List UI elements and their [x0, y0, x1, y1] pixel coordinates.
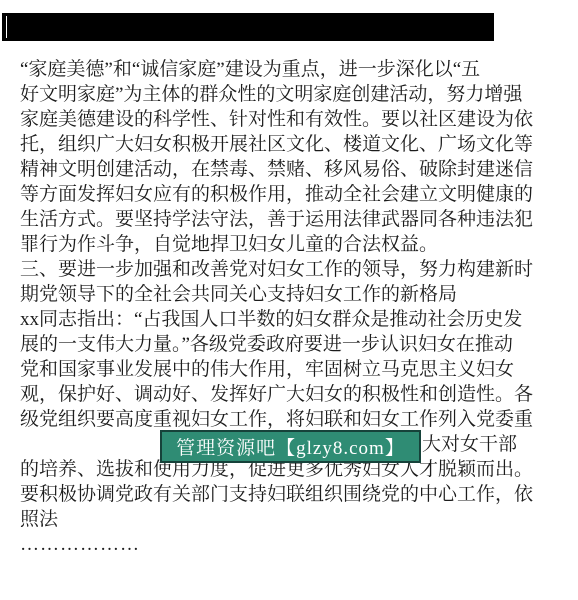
text-segment-right: 大对女干部 [422, 432, 517, 457]
text-line: 要积极协调党政有关部门支持妇联组织围绕党的中心工作，依 [20, 482, 560, 507]
watermark-badge: 管理资源吧【glzy8.com】 [160, 430, 421, 463]
text-cursor [6, 16, 7, 38]
text-line: 观，保护好、调动好、发挥好广大妇女的积极性和创造性。各 [20, 382, 560, 407]
text-line: 精神文明创建活动，在禁毒、禁赌、移风易俗、破除封建迷信 [20, 157, 560, 182]
text-line: “家庭美德”和“诚信家庭”建设为重点，进一步深化以“五 [20, 57, 560, 82]
text-line: xx同志指出：“占我国人口半数的妇女群众是推动社会历史发 [20, 307, 560, 332]
text-line: 三、要进一步加强和改善党对妇女工作的领导，努力构建新时 [20, 257, 560, 282]
text-line: 等方面发挥妇女应有的积极作用，推动全社会建立文明健康的 [20, 182, 560, 207]
text-line: 家庭美德建设的科学性、针对性和有效性。要以社区建设为依 [20, 107, 560, 132]
text-line: 党和国家事业发展中的伟大作用，牢固树立马克思主义妇女 [20, 357, 560, 382]
text-line: 展的一支伟大力量。”各级党委政府要进一步认识妇女在推动 [20, 332, 560, 357]
truncation-ellipsis: ……………… [20, 532, 560, 557]
text-line: 照法 [20, 507, 560, 532]
text-line: 好文明家庭”为主体的群众性的文明家庭创建活动，努力增强 [20, 82, 560, 107]
preview-notice-bar: 说明：以下内容仅为文字预览，详细内容请下载查看。 [2, 13, 494, 41]
document-preview-page: 说明：以下内容仅为文字预览，详细内容请下载查看。 “家庭美德”和“诚信家庭”建设… [0, 0, 578, 600]
text-line: 期党领导下的全社会共同关心支持妇女工作的新格局 [20, 282, 560, 307]
text-line: 生活方式。要坚持学法守法，善于运用法律武器同各种违法犯 [20, 207, 560, 232]
document-body: “家庭美德”和“诚信家庭”建设为重点，进一步深化以“五 好文明家庭”为主体的群众… [20, 57, 560, 557]
text-line: 托，组织广大妇女积极开展社区文化、楼道文化、广场文化等 [20, 132, 560, 157]
text-line: 级党组织要高度重视妇女工作，将妇联和妇女工作列入党委重 [20, 407, 560, 432]
watermark-text: 管理资源吧【glzy8.com】 [176, 433, 405, 460]
text-line: 罪行为作斗争，自觉地捍卫妇女儿童的合法权益。 [20, 232, 560, 257]
